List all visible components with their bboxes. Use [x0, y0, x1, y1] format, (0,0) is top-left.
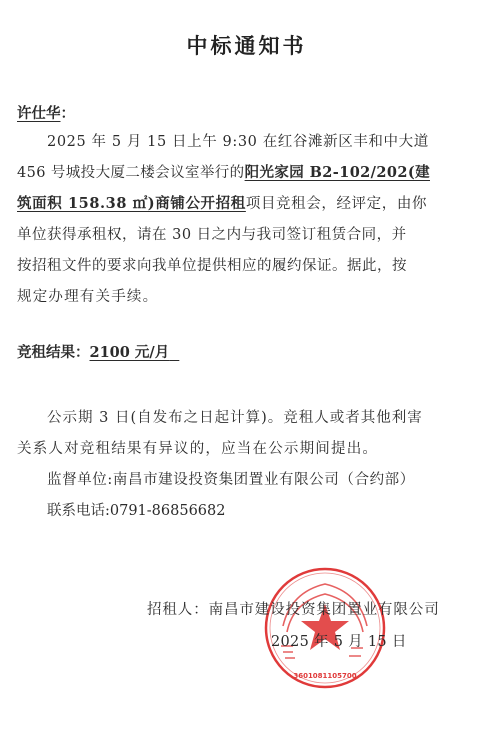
project-name-part1: 阳光家园 B2-102/202(建 [245, 164, 430, 181]
project-name-part2: 筑面积 158.38 ㎡)商铺公开招租 [17, 195, 246, 212]
signature-date: 2025 年 5 月 15 日 [271, 630, 407, 651]
body-line-4: 单位获得承租权，请在 30 日之内与我司签订租赁合同，并 [17, 223, 407, 244]
recipient-line: 许仕华： [17, 102, 75, 123]
supervisor-line: 监督单位:南昌市建设投资集团置业有限公司（合约部） [47, 468, 415, 489]
recipient-name: 许仕华 [17, 105, 61, 122]
result-label: 竞租结果： [17, 344, 90, 361]
recipient-colon: ： [61, 105, 76, 122]
company-seal-stamp: 3601081105700 [263, 566, 387, 690]
body-line-3: 筑面积 158.38 ㎡)商铺公开招租项目竞租会，经评定，由你 [17, 192, 427, 213]
notice-line-1: 公示期 3 日(自发布之日起计算)。竞租人或者其他利害 [47, 406, 423, 427]
body-line-2-prefix: 456 号城投大厦二楼会议室举行的 [17, 165, 245, 181]
body-line-3-suffix: 项目竞租会，经评定，由你 [246, 196, 427, 212]
phone-line: 联系电话:0791-86856682 [47, 499, 226, 520]
notice-line-2: 关系人对竞租结果有异议的，应当在公示期间提出。 [17, 437, 378, 458]
result-value: 2100 元/月 [90, 344, 170, 361]
body-line-1: 2025 年 5 月 15 日上午 9:30 在红谷滩新区丰和中大道 [47, 130, 429, 151]
body-line-6: 规定办理有关手续。 [17, 285, 158, 306]
body-line-2: 456 号城投大厦二楼会议室举行的阳光家园 B2-102/202(建 [17, 161, 430, 182]
document-title: 中标通知书 [0, 30, 493, 60]
lessor-signature: 招租人：南昌市建设投资集团置业有限公司 [147, 598, 440, 619]
svg-text:3601081105700: 3601081105700 [293, 672, 356, 680]
body-line-5: 按招租文件的要求向我单位提供相应的履约保证。据此，按 [17, 254, 407, 275]
result-line: 竞租结果：2100 元/月 [17, 341, 179, 362]
